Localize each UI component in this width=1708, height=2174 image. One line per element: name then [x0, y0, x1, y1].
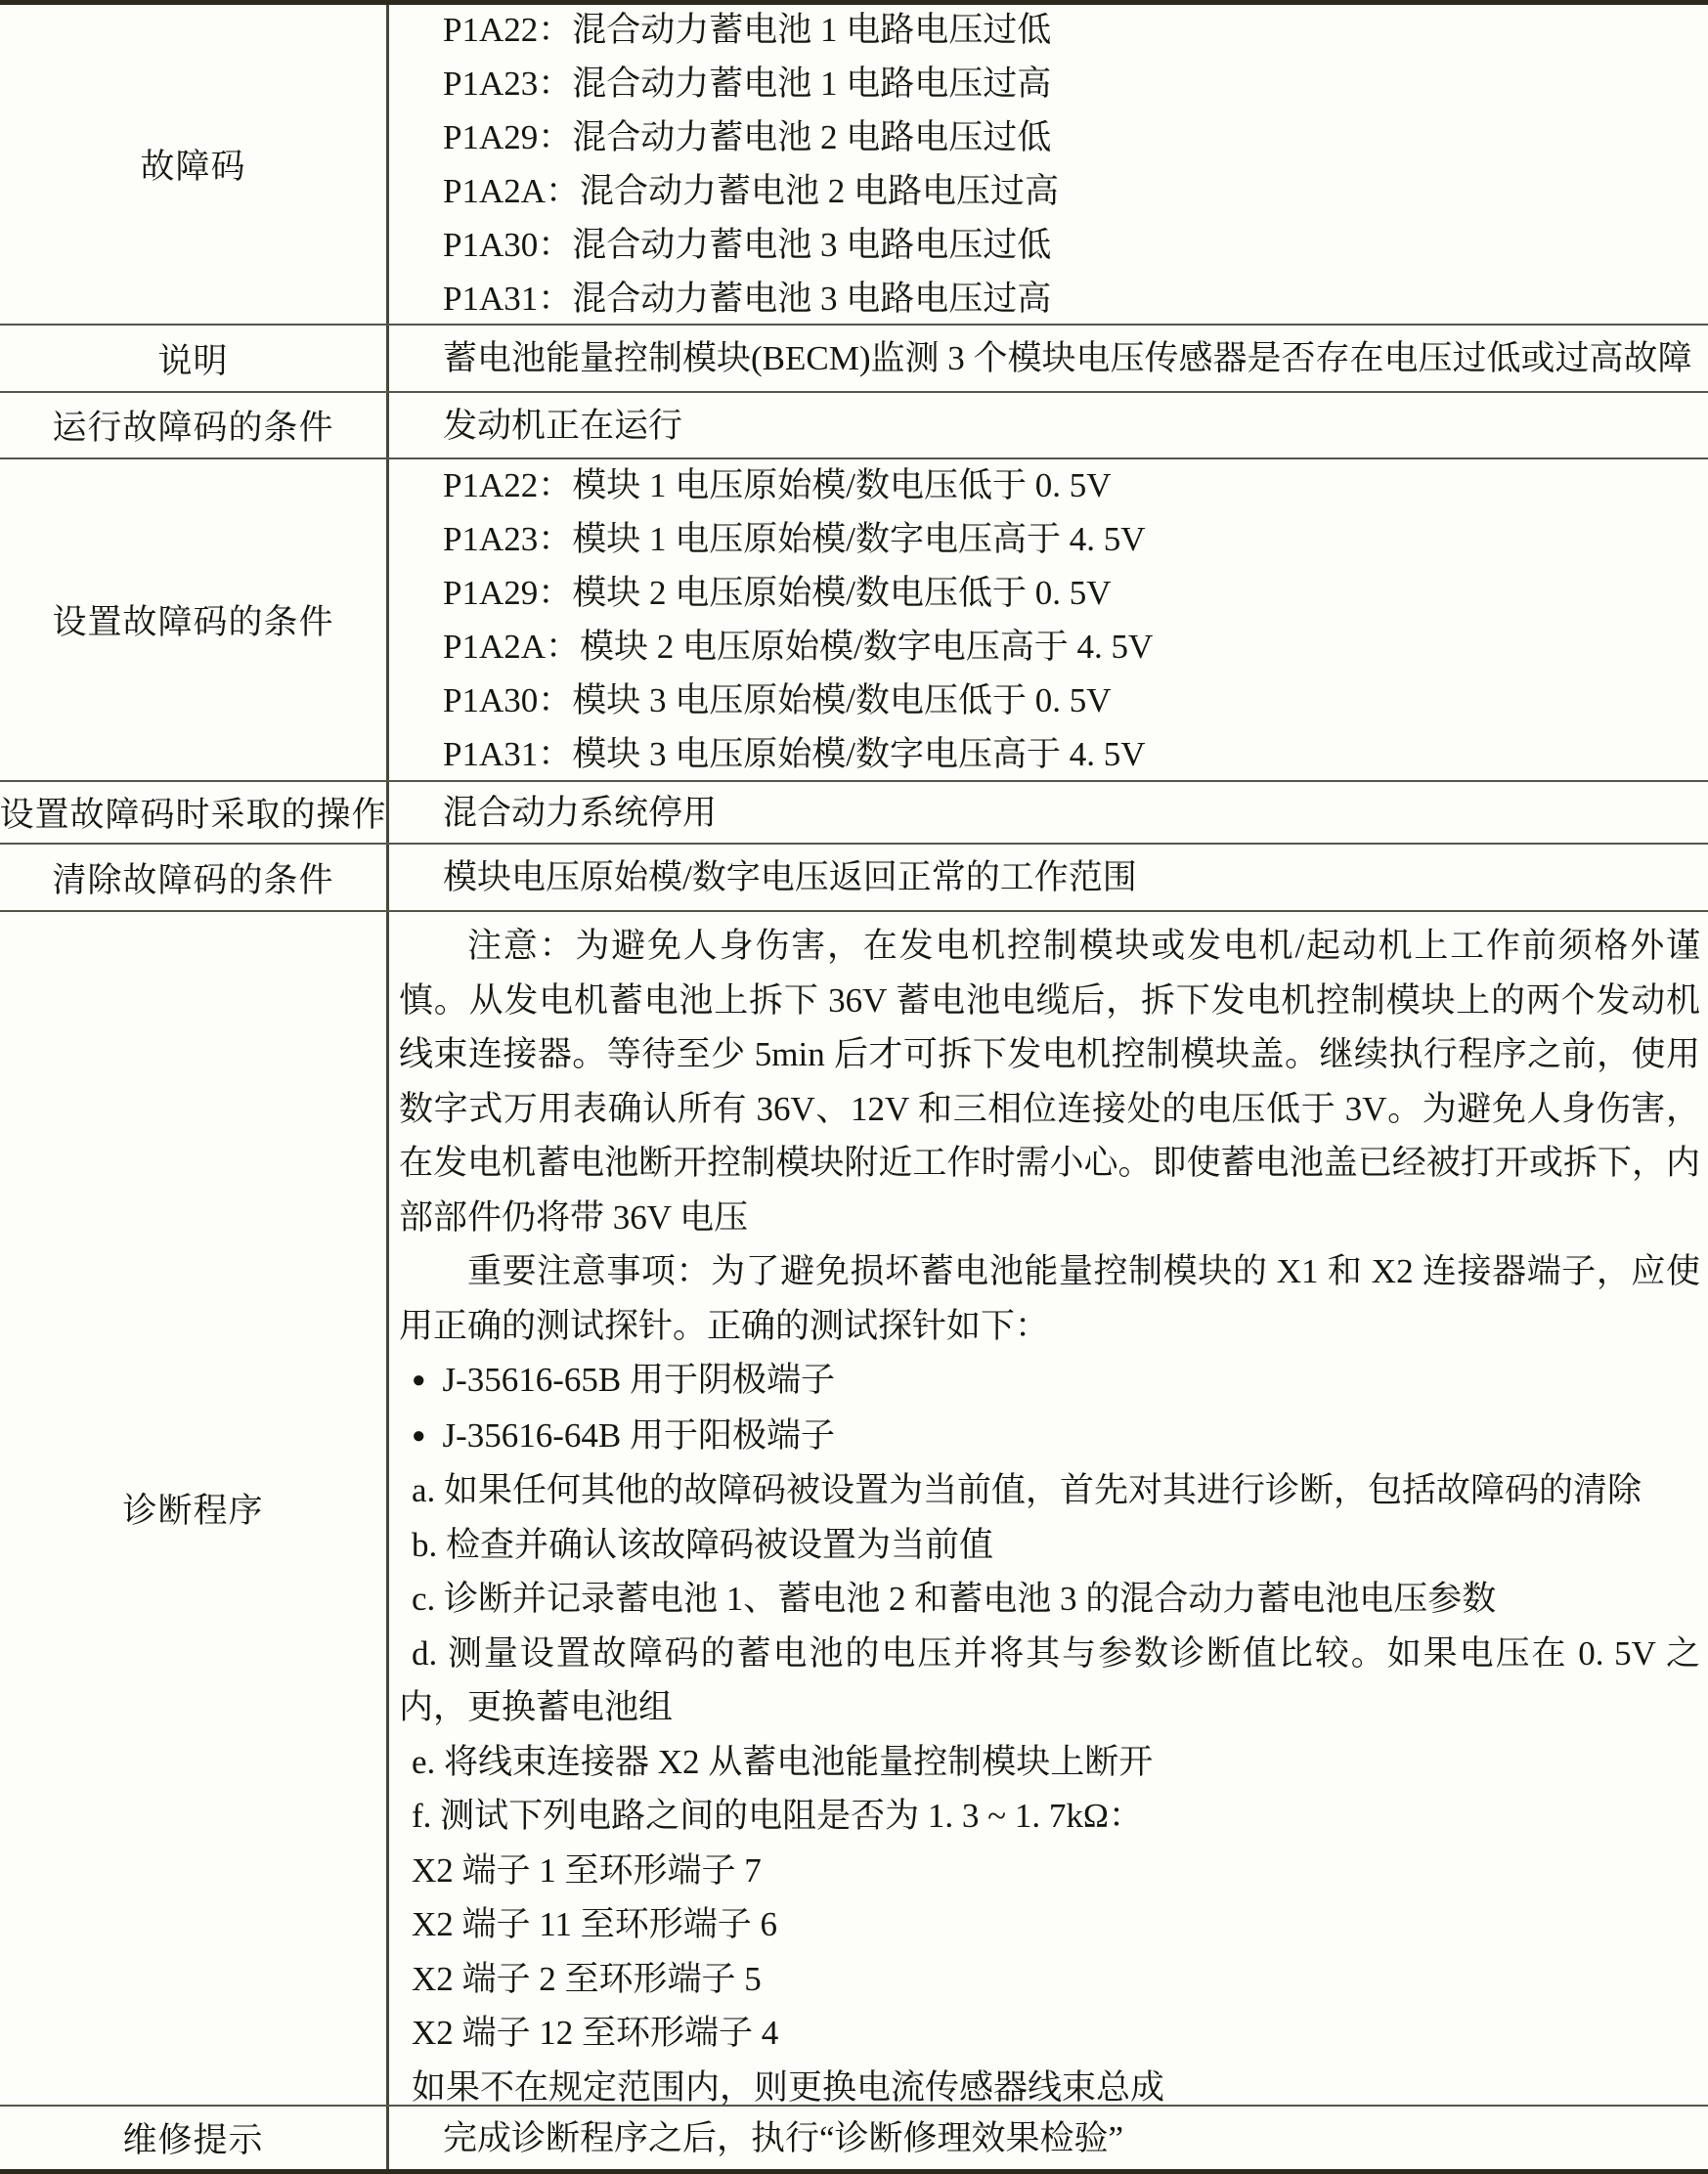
content-line: P1A23：混合动力蓄电池 1 电路电压过高: [443, 57, 1698, 110]
content-pline: X2 端子 12 至环形端子 4: [399, 2006, 1700, 2061]
content-line: P1A30：模块 3 电压原始模/数电压低于 0. 5V: [443, 674, 1698, 727]
row-label-text: 说明: [157, 334, 228, 383]
content-line: P1A23：模块 1 电压原始模/数字电压高于 4. 5V: [443, 512, 1698, 566]
content-line: P1A2A：混合动力蓄电池 2 电路电压过高: [443, 164, 1698, 218]
content-line: 模块电压原始模/数字电压返回正常的工作范围: [443, 850, 1698, 904]
row-label: 诊断程序: [0, 912, 389, 2105]
row-content: P1A22：混合动力蓄电池 1 电路电压过低P1A23：混合动力蓄电池 1 电路…: [389, 5, 1708, 324]
content-line: P1A30：混合动力蓄电池 3 电路电压过低: [443, 218, 1698, 272]
table-row: 设置故障码时采取的操作混合动力系统停用: [0, 782, 1708, 845]
content-pline: X2 端子 1 至环形端子 7: [399, 1844, 1700, 1898]
bullet-icon: ●: [412, 1423, 426, 1449]
content-item: e. 将线束连接器 X2 从蓄电池能量控制模块上断开: [399, 1735, 1700, 1790]
content-item: a. 如果任何其他的故障码被设置为当前值，首先对其进行诊断，包括故障码的清除: [399, 1463, 1700, 1518]
row-label-text: 运行故障码的条件: [52, 401, 333, 450]
bullet-text: J-35616-65B 用于阴极端子: [443, 1361, 836, 1399]
content-item: f. 测试下列电路之间的电阻是否为 1. 3 ~ 1. 7kΩ：: [399, 1789, 1700, 1844]
content-line: 完成诊断程序之后，执行“诊断修理效果检验”: [443, 2111, 1698, 2165]
row-label: 设置故障码的条件: [0, 459, 389, 780]
content-line: P1A29：模块 2 电压原始模/数电压低于 0. 5V: [443, 566, 1698, 620]
content-pline: X2 端子 11 至环形端子 6: [399, 1897, 1700, 1952]
bullet-icon: ●: [412, 1368, 426, 1393]
row-label-text: 清除故障码的条件: [52, 853, 333, 902]
table-row: 说明蓄电池能量控制模块(BECM)监测 3 个模块电压传感器是否存在电压过低或过…: [0, 326, 1708, 393]
content-bullet: ●J-35616-65B 用于阴极端子: [399, 1353, 1700, 1409]
row-label: 维修提示: [0, 2107, 389, 2169]
row-label: 说明: [0, 326, 389, 391]
row-content: 模块电压原始模/数字电压返回正常的工作范围: [389, 845, 1708, 910]
row-content: 完成诊断程序之后，执行“诊断修理效果检验”: [389, 2107, 1708, 2169]
bullet-text: J-35616-64B 用于阳极端子: [443, 1416, 836, 1455]
content-pline: 如果不在规定范围内，则更换电流传感器线束总成: [399, 2061, 1700, 2108]
content-pline: X2 端子 2 至环形端子 5: [399, 1952, 1700, 2007]
content-line: P1A22：混合动力蓄电池 1 电路电压过低: [443, 5, 1698, 57]
row-label-text: 设置故障码时采取的操作: [0, 788, 387, 837]
row-label-text: 诊断程序: [122, 1484, 263, 1533]
content-line: P1A22：模块 1 电压原始模/数电压低于 0. 5V: [443, 459, 1698, 512]
content-line: P1A31：模块 3 电压原始模/数字电压高于 4. 5V: [443, 727, 1698, 781]
dtc-table: 故障码P1A22：混合动力蓄电池 1 电路电压过低P1A23：混合动力蓄电池 1…: [0, 0, 1708, 2174]
row-content: 发动机正在运行: [389, 393, 1708, 457]
content-item: c. 诊断并记录蓄电池 1、蓄电池 2 和蓄电池 3 的混合动力蓄电池电压参数: [399, 1572, 1700, 1627]
table-row: 运行故障码的条件发动机正在运行: [0, 393, 1708, 459]
row-label: 故障码: [0, 5, 389, 324]
content-line: P1A2A：模块 2 电压原始模/数字电压高于 4. 5V: [443, 620, 1698, 674]
row-label: 运行故障码的条件: [0, 393, 389, 457]
content-line: P1A31：混合动力蓄电池 3 电路电压过高: [443, 272, 1698, 326]
content-line: 发动机正在运行: [443, 399, 1698, 453]
table-row: 故障码P1A22：混合动力蓄电池 1 电路电压过低P1A23：混合动力蓄电池 1…: [0, 5, 1708, 326]
row-label: 设置故障码时采取的操作: [0, 782, 389, 843]
content-item: d. 测量设置故障码的蓄电池的电压并将其与参数诊断值比较。如果电压在 0. 5V…: [399, 1627, 1700, 1735]
content-line: P1A29：混合动力蓄电池 2 电路电压过低: [443, 110, 1698, 164]
row-label: 清除故障码的条件: [0, 845, 389, 910]
content-bullet: ●J-35616-64B 用于阳极端子: [399, 1409, 1700, 1464]
content-line: 混合动力系统停用: [443, 786, 1698, 840]
row-content: 混合动力系统停用: [389, 782, 1708, 843]
row-label-text: 故障码: [140, 140, 245, 189]
table-row: 设置故障码的条件P1A22：模块 1 电压原始模/数电压低于 0. 5VP1A2…: [0, 459, 1708, 782]
row-content: 蓄电池能量控制模块(BECM)监测 3 个模块电压传感器是否存在电压过低或过高故…: [389, 326, 1708, 391]
content-line: 蓄电池能量控制模块(BECM)监测 3 个模块电压传感器是否存在电压过低或过高故…: [443, 331, 1698, 385]
table-row: 清除故障码的条件模块电压原始模/数字电压返回正常的工作范围: [0, 845, 1708, 912]
row-content: P1A22：模块 1 电压原始模/数电压低于 0. 5VP1A23：模块 1 电…: [389, 459, 1708, 780]
content-para: 注意：为避免人身伤害，在发电机控制模块或发电机/起动机上工作前须格外谨慎。从发电…: [399, 919, 1700, 1244]
row-content: 注意：为避免人身伤害，在发电机控制模块或发电机/起动机上工作前须格外谨慎。从发电…: [389, 912, 1708, 2105]
row-label-text: 维修提示: [122, 2113, 263, 2162]
table-row: 诊断程序注意：为避免人身伤害，在发电机控制模块或发电机/起动机上工作前须格外谨慎…: [0, 912, 1708, 2107]
table-row: 维修提示完成诊断程序之后，执行“诊断修理效果检验”: [0, 2107, 1708, 2169]
row-label-text: 设置故障码的条件: [52, 595, 333, 644]
content-item: b. 检查并确认该故障码被设置为当前值: [399, 1518, 1700, 1573]
content-para: 重要注意事项：为了避免损坏蓄电池能量控制模块的 X1 和 X2 连接器端子，应使…: [399, 1244, 1700, 1353]
